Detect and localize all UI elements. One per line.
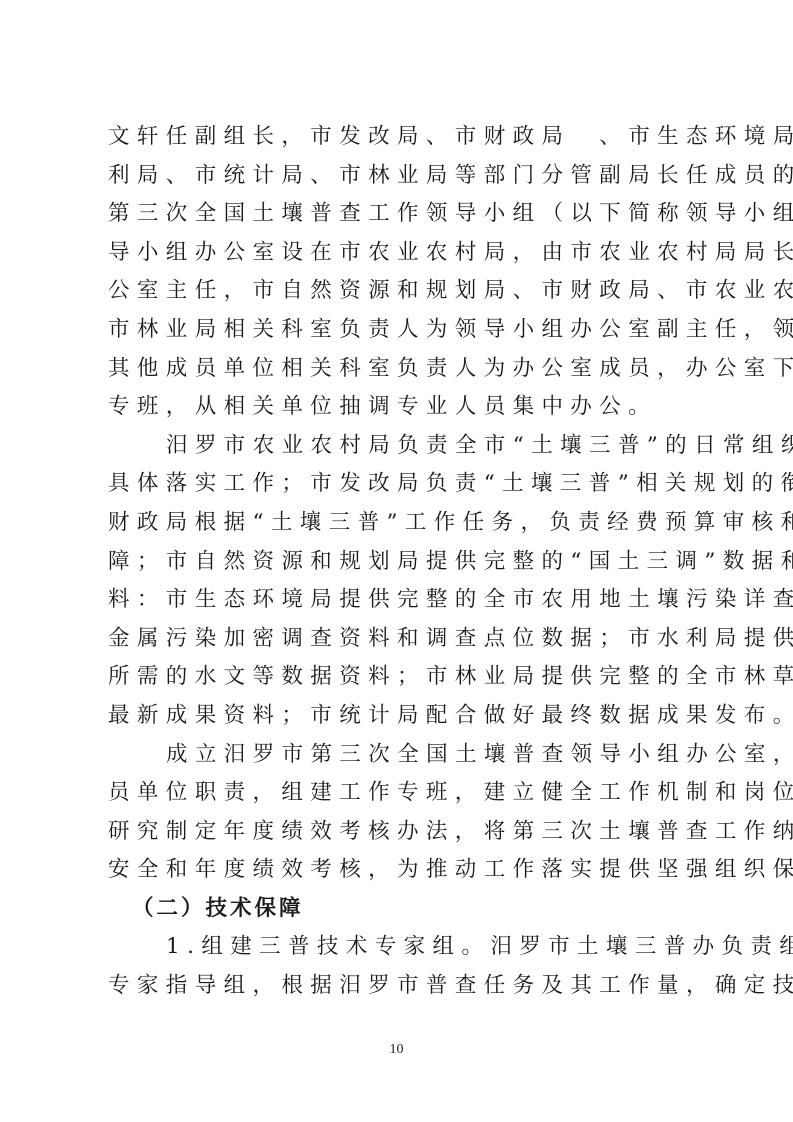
text-line: 财政局根据“土壤三普”工作任务，负责经费预算审核和资金保 [108,504,690,543]
document-page: 文轩任副组长，市发改局、市财政局 、市生态环境局、市水 利局、市统计局、市林业局… [0,0,793,1122]
paragraph-start-line: 成立汨罗市第三次全国土壤普查领导小组办公室，明确成 [108,736,690,775]
text-line: 专班，从相关单位抽调专业人员集中办公。 [108,388,690,427]
text-line: 具体落实工作；市发改局负责“土壤三普”相关规划的衔接；市 [108,465,690,504]
text-line: 公室主任，市自然资源和规划局、市财政局、市农业农村局及 [108,272,690,311]
body-text: 文轩任副组长，市发改局、市财政局 、市生态环境局、市水 利局、市统计局、市林业局… [108,118,690,1006]
text-line: 研究制定年度绩效考核办法，将第三次土壤普查工作纳入粮食 [108,813,690,852]
text-line: 第三次全国土壤普查工作领导小组（以下简称领导小组）。领 [108,195,690,234]
text-line: 安全和年度绩效考核，为推动工作落实提供坚强组织保证。 [108,851,690,890]
section-heading: （二）技术保障 [108,890,690,929]
text-line: 导小组办公室设在市农业农村局，由市农业农村局局长兼任办 [108,234,690,273]
text-line: 专家指导组，根据汨罗市普查任务及其工作量，确定技术专家 [108,967,690,1006]
text-line: 所需的水文等数据资料；市林业局提供完整的全市林草资源调查 [108,658,690,697]
text-line: 障；市自然资源和规划局提供完整的“国土三调”数据和图件资 [108,543,690,582]
paragraph-start-line: 汨罗市农业农村局负责全市“土壤三普”的日常组织协调和 [108,427,690,466]
page-number: 10 [0,1042,793,1058]
text-line: 市林业局相关科室负责人为领导小组办公室副主任，领导小组 [108,311,690,350]
text-line: 文轩任副组长，市发改局、市财政局 、市生态环境局、市水 [108,118,690,157]
text-line: 最新成果资料；市统计局配合做好最终数据成果发布。 [108,697,690,736]
text-line: 其他成员单位相关科室负责人为办公室成员，办公室下设工作 [108,350,690,389]
text-line: 金属污染加密调查资料和调查点位数据；市水利局提供土壤普查 [108,620,690,659]
text-line: 料：市生态环境局提供完整的全市农用地土壤污染详查、耕地重 [108,581,690,620]
paragraph-start-line: 1.组建三普技术专家组。汨罗市土壤三普办负责组建本级 [108,928,690,967]
text-line: 利局、市统计局、市林业局等部门分管副局长任成员的汨罗市 [108,157,690,196]
text-line: 员单位职责，组建工作专班，建立健全工作机制和岗位责任制。 [108,774,690,813]
